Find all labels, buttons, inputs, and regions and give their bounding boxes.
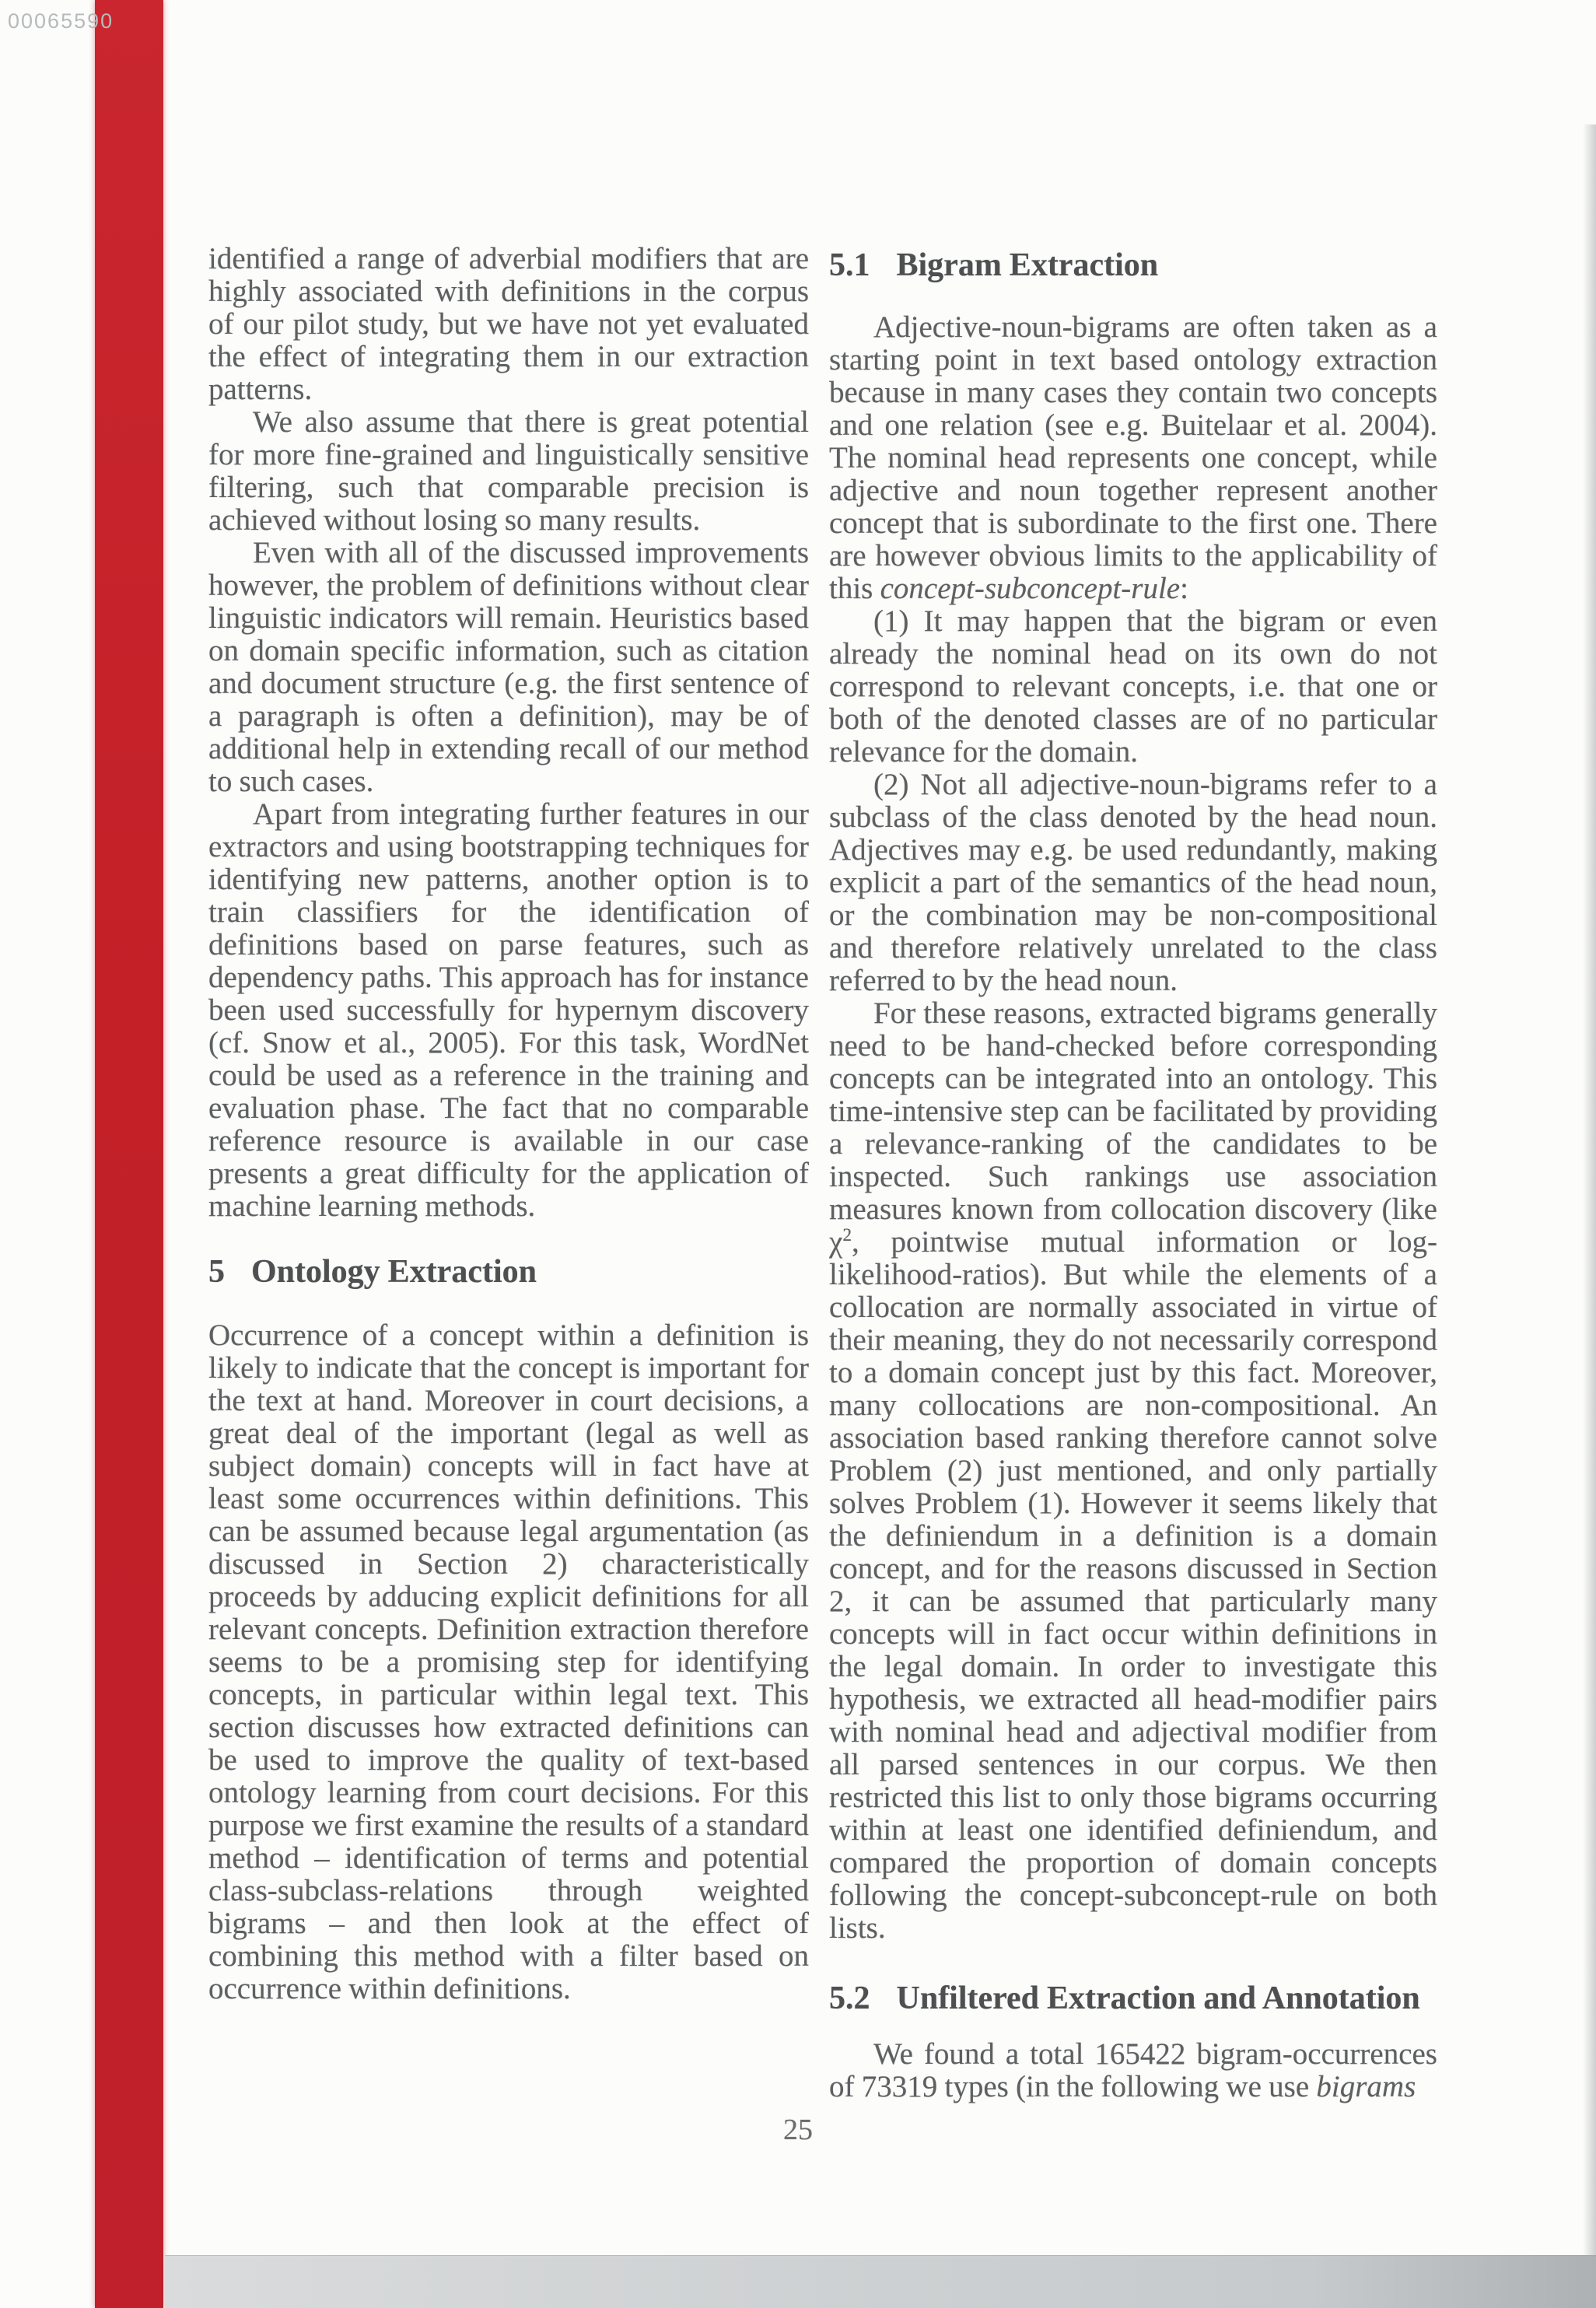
paragraph: Apart from integrating further features … [208,798,809,1223]
paragraph: (1) It may happen that the bigram or eve… [829,605,1437,769]
paragraph: Adjective-noun-bigrams are often taken a… [829,311,1437,605]
left-column: identified a range of adverbial modifier… [208,243,809,2005]
book-edge-red-stripe [95,0,163,2308]
paragraph: Occurrence of a concept within a definit… [208,1319,809,2005]
section-heading-ontology-extraction: 5Ontology Extraction [208,1254,809,1290]
paragraph: (2) Not all adjective-noun-bigrams refer… [829,769,1437,997]
page-edge-shadow-right [1583,124,1596,2257]
paragraph: Even with all of the discussed improveme… [208,537,809,798]
page-edge-shadow-bottom [165,2255,1596,2308]
section-title: Unfiltered Extraction and Annotation [897,1981,1420,2016]
section-heading-bigram-extraction: 5.1Bigram Extraction [829,247,1437,283]
section-number: 5.1 [829,247,870,283]
section-number: 5.2 [829,1981,870,2016]
section-title: Bigram Extraction [897,247,1159,283]
paragraph: We found a total 165422 bigram-occurrenc… [829,2038,1437,2103]
chi-exponent: 2 [842,1225,852,1245]
paragraph: For these reasons, extracted bigrams gen… [829,997,1437,1945]
italic-term: concept-subconcept-rule [880,572,1181,605]
paragraph: identified a range of adverbial modifier… [208,243,809,406]
page-number: 25 [0,2113,1596,2147]
scan-id-stamp: 00065590 [8,9,114,33]
paragraph: We also assume that there is great poten… [208,406,809,537]
section-title: Ontology Extraction [251,1254,537,1290]
section-heading-unfiltered-extraction: 5.2Unfiltered Extraction and Annotation [829,1981,1437,2016]
chi-symbol: χ [829,1225,842,1259]
italic-term: bigrams [1316,2070,1416,2103]
right-column: 5.1Bigram Extraction Adjective-noun-bigr… [829,243,1437,2103]
section-number: 5 [208,1254,225,1290]
